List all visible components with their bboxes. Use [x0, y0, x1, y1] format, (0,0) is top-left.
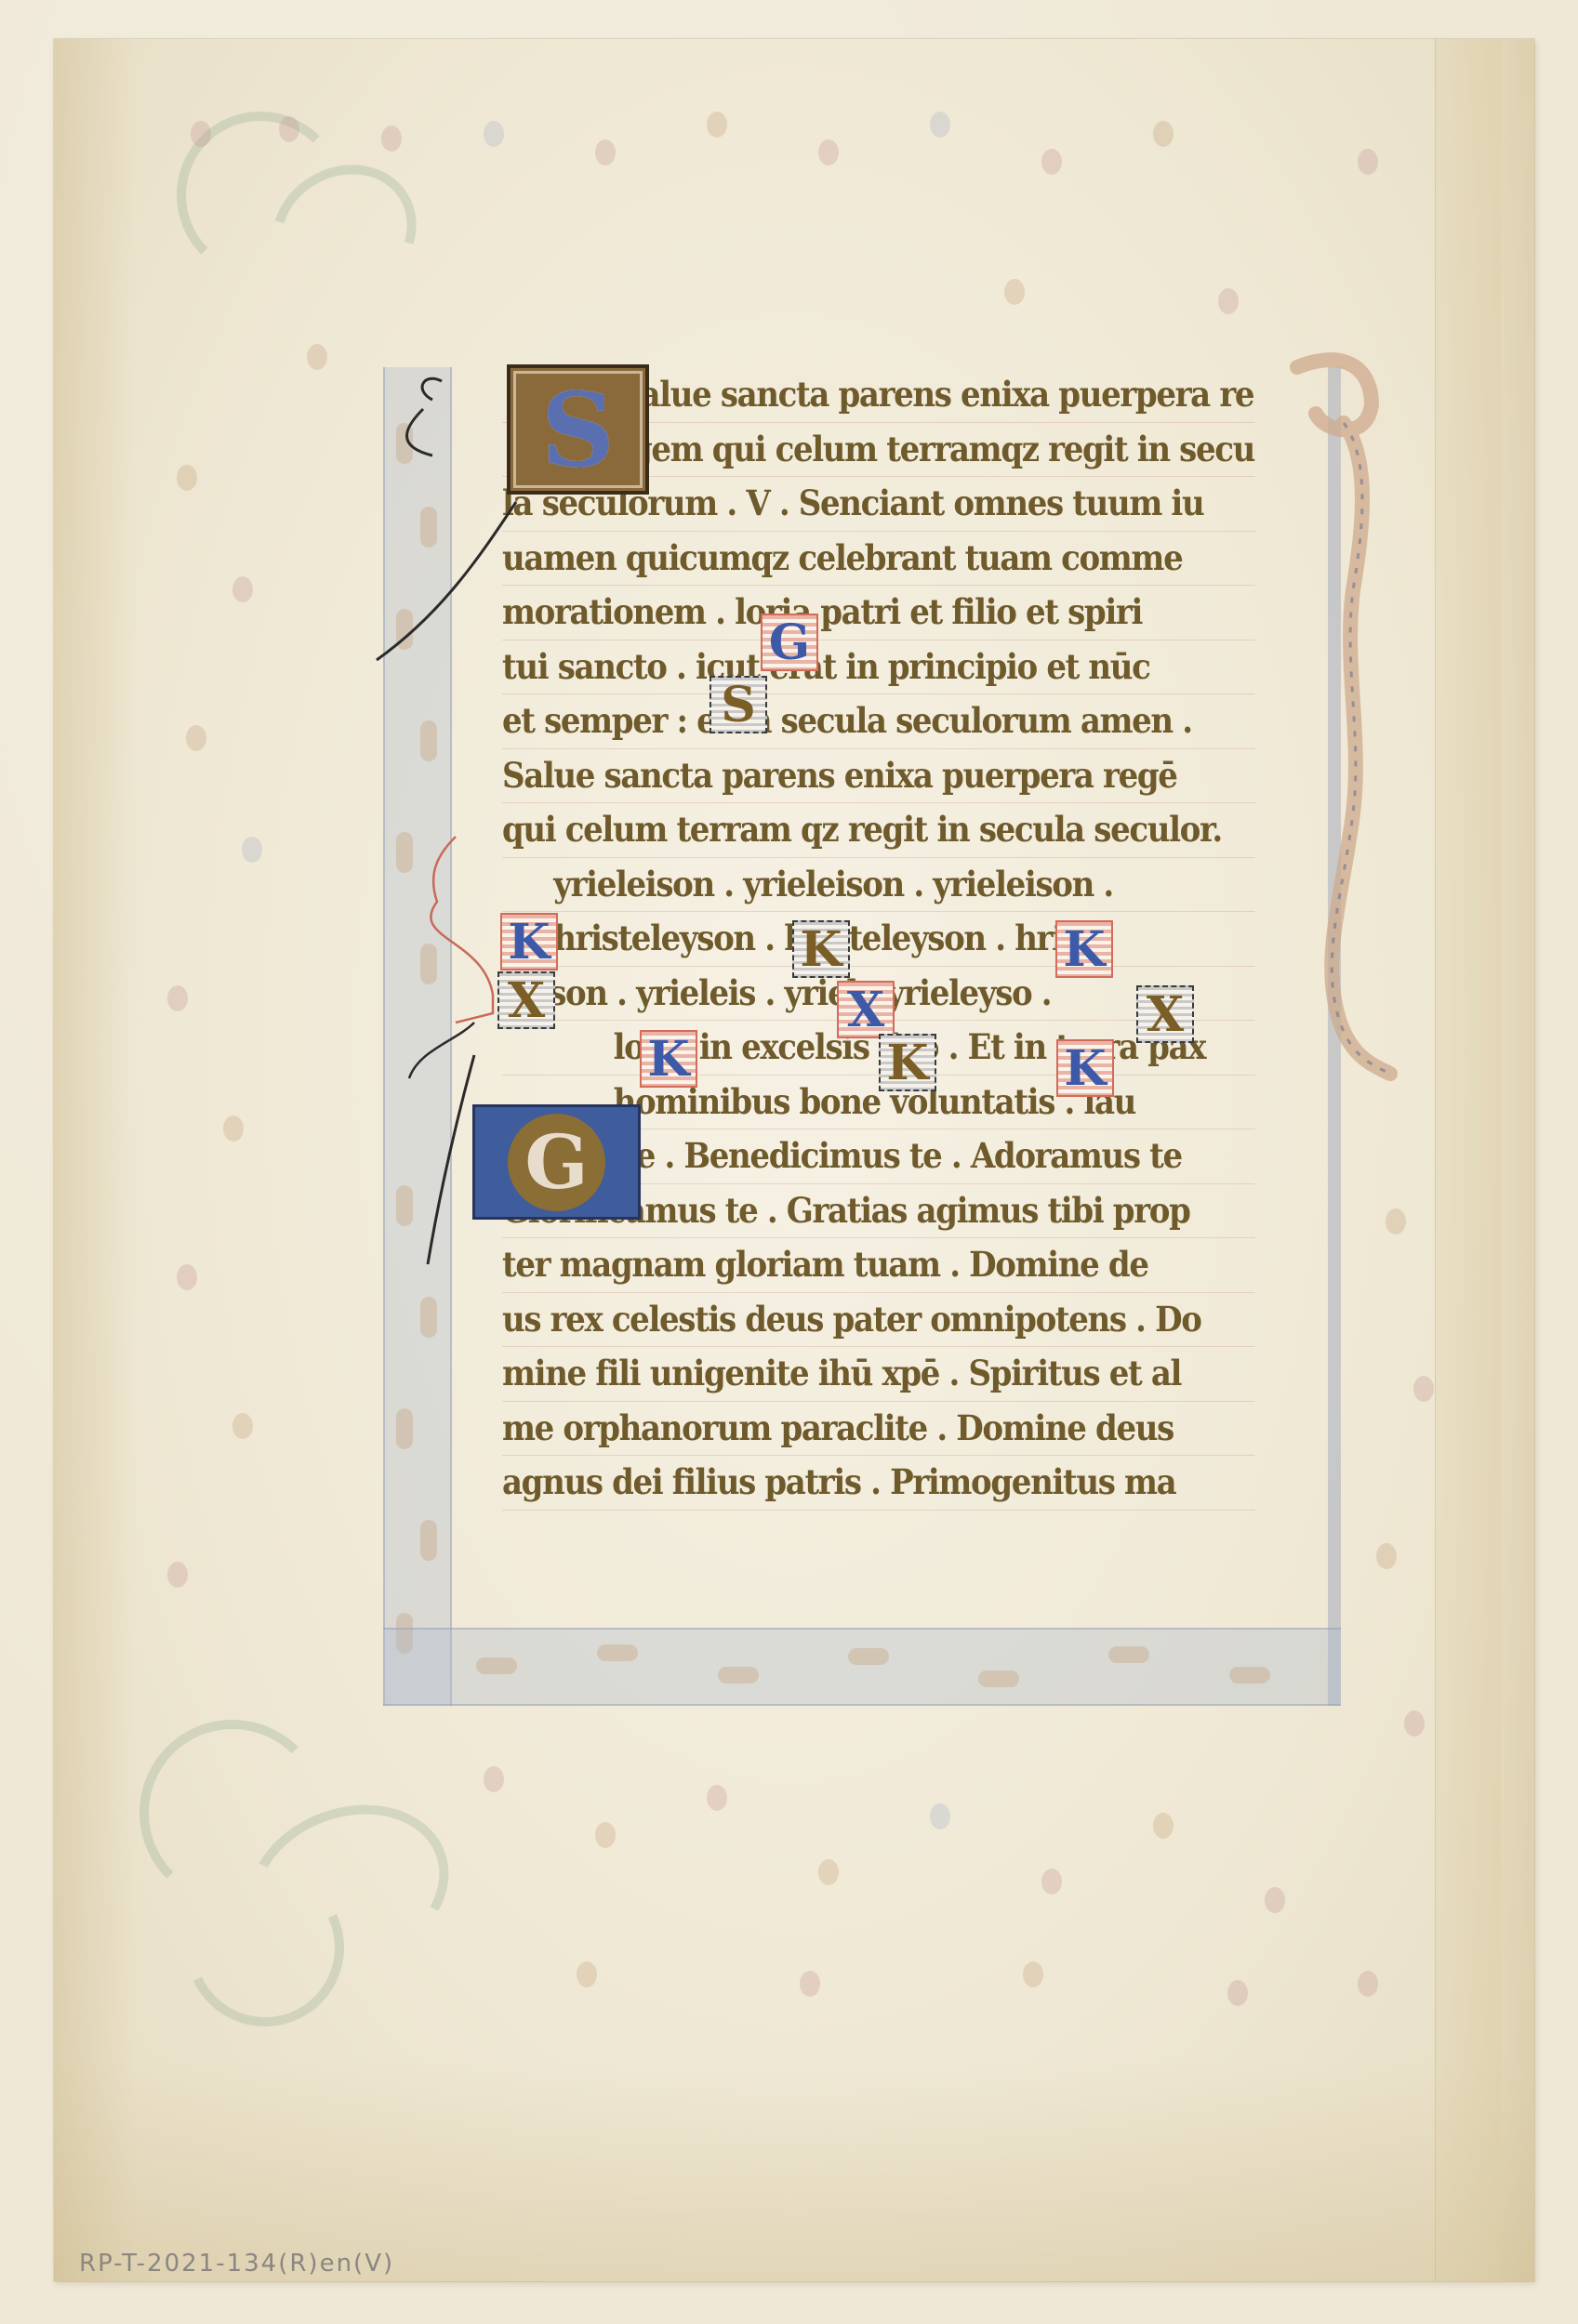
- flower-dot-icon: [930, 112, 950, 138]
- flower-dot-icon: [242, 837, 262, 863]
- flower-dot-icon: [1153, 121, 1174, 147]
- flower-dot-icon: [577, 1961, 597, 1987]
- flower-dot-icon: [1404, 1710, 1425, 1736]
- initial-letter: X: [1147, 986, 1184, 1043]
- flower-dot-icon: [167, 985, 188, 1011]
- flower-dot-icon: [177, 1264, 197, 1290]
- initial-letter: S: [721, 677, 756, 733]
- text-line-5: morationem . loria patri et filio et spi…: [502, 586, 1255, 640]
- text-line-4: uamen quicumqz celebrant tuam comme: [502, 532, 1255, 587]
- bar-ornament-icon: [420, 720, 437, 761]
- initial-letter: X: [847, 982, 884, 1038]
- flower-dot-icon: [191, 121, 211, 147]
- flower-dot-icon: [279, 116, 299, 142]
- bar-ornament-icon: [420, 1297, 437, 1338]
- initial-k-kyrie-2: K: [792, 920, 850, 978]
- initial-k-kyrie-6: K: [1056, 1039, 1114, 1097]
- initial-letter: K: [647, 1031, 689, 1088]
- flower-dot-icon: [1358, 1971, 1378, 1997]
- text-line-9: qui celum terram qz regit in secula secu…: [502, 803, 1255, 858]
- line-text: alue sancta parens enixa puerpera re: [640, 374, 1253, 415]
- initial-letter: X: [508, 972, 545, 1029]
- flower-dot-icon: [484, 121, 504, 147]
- initial-letter: K: [886, 1035, 928, 1091]
- initial-letter: K: [800, 921, 842, 978]
- bar-ornament-icon: [978, 1670, 1019, 1687]
- flower-dot-icon: [223, 1116, 244, 1142]
- flower-dot-icon: [818, 139, 839, 165]
- flower-dot-icon: [1386, 1208, 1406, 1235]
- bar-ornament-icon: [396, 1185, 413, 1226]
- pen-flourish-icon: [423, 1050, 479, 1274]
- text-line-7: et semper : et in secula seculorum amen …: [502, 694, 1255, 749]
- flower-dot-icon: [1023, 1961, 1043, 1987]
- flower-dot-icon: [186, 725, 206, 751]
- initial-s-salve: S: [507, 364, 649, 495]
- bar-ornament-icon: [718, 1667, 759, 1684]
- flower-dot-icon: [1376, 1543, 1397, 1569]
- text-line-20: me orphanorum paraclite . Domine deus: [502, 1402, 1255, 1457]
- flower-dot-icon: [1004, 279, 1025, 305]
- initial-x-christe-2: X: [837, 981, 895, 1038]
- flower-dot-icon: [232, 576, 253, 602]
- flower-dot-icon: [232, 1413, 253, 1439]
- flower-dot-icon: [167, 1562, 188, 1588]
- text-line-18: us rex celestis deus pater omnipotens . …: [502, 1293, 1255, 1348]
- initial-letter: G: [508, 1114, 605, 1211]
- flower-dot-icon: [484, 1766, 504, 1792]
- flower-dot-icon: [1413, 1376, 1434, 1402]
- flower-dot-icon: [707, 1785, 727, 1811]
- initial-letter: K: [1063, 921, 1105, 978]
- flower-dot-icon: [930, 1803, 950, 1829]
- initial-k-kyrie-4: K: [640, 1030, 697, 1088]
- flower-dot-icon: [1041, 1868, 1062, 1895]
- initial-letter: K: [1064, 1040, 1106, 1097]
- text-line-19: mine fili unigenite ihū xpē . Spiritus e…: [502, 1347, 1255, 1402]
- flower-dot-icon: [1265, 1887, 1285, 1913]
- pen-flourish-icon: [367, 353, 525, 669]
- text-line-8: Salue sancta parens enixa puerpera regē: [502, 749, 1255, 804]
- initial-letter: S: [541, 370, 615, 490]
- bar-ornament-icon: [396, 1408, 413, 1449]
- flower-dot-icon: [707, 112, 727, 138]
- text-line-21: agnus dei filius patris . Primogenitus m…: [502, 1456, 1255, 1511]
- flower-dot-icon: [381, 125, 402, 152]
- bar-ornament-icon: [597, 1644, 638, 1661]
- initial-x-christe-3: X: [1136, 985, 1194, 1043]
- flower-dot-icon: [1227, 1980, 1248, 2006]
- initial-g-gloria-in-excelsis: G: [472, 1104, 641, 1220]
- flower-dot-icon: [595, 139, 616, 165]
- text-line-17: ter magnam gloriam tuam . Domine de: [502, 1238, 1255, 1293]
- initial-letter: G: [769, 614, 810, 671]
- bar-ornament-icon: [848, 1648, 889, 1665]
- flower-dot-icon: [595, 1822, 616, 1848]
- initial-letter: K: [508, 914, 550, 971]
- initial-k-kyrie-3: K: [1055, 920, 1113, 978]
- initial-k-kyrie-5: K: [879, 1034, 936, 1091]
- flower-dot-icon: [1358, 149, 1378, 175]
- flower-dot-icon: [307, 344, 327, 370]
- text-line-11: hristeleyson . hristeleyson . hriste: [502, 912, 1255, 967]
- flower-dot-icon: [1218, 288, 1239, 314]
- pencil-inscription: RP-T-2021-134(R)en(V): [79, 2250, 394, 2278]
- initial-s-sicut: S: [709, 676, 767, 733]
- text-block: ·alue sancta parens enixa puerpera re ge…: [502, 368, 1320, 1511]
- flower-dot-icon: [1041, 149, 1062, 175]
- bar-ornament-icon: [1229, 1667, 1270, 1684]
- rubric-flourish-icon: [400, 827, 511, 1088]
- bottom-bar-border: [383, 1628, 1341, 1706]
- flower-dot-icon: [177, 465, 197, 491]
- bar-ornament-icon: [476, 1657, 517, 1674]
- text-line-10: yrieleison . yrieleison . yrieleison .: [502, 858, 1255, 913]
- flower-dot-icon: [800, 1971, 820, 1997]
- bar-ornament-icon: [1108, 1646, 1149, 1663]
- flower-dot-icon: [1153, 1813, 1174, 1839]
- initial-g-gloria: G: [761, 614, 818, 671]
- bar-ornament-icon: [420, 1520, 437, 1561]
- text-line-6: tui sancto . icut erat in principio et n…: [502, 640, 1255, 695]
- flower-dot-icon: [818, 1859, 839, 1885]
